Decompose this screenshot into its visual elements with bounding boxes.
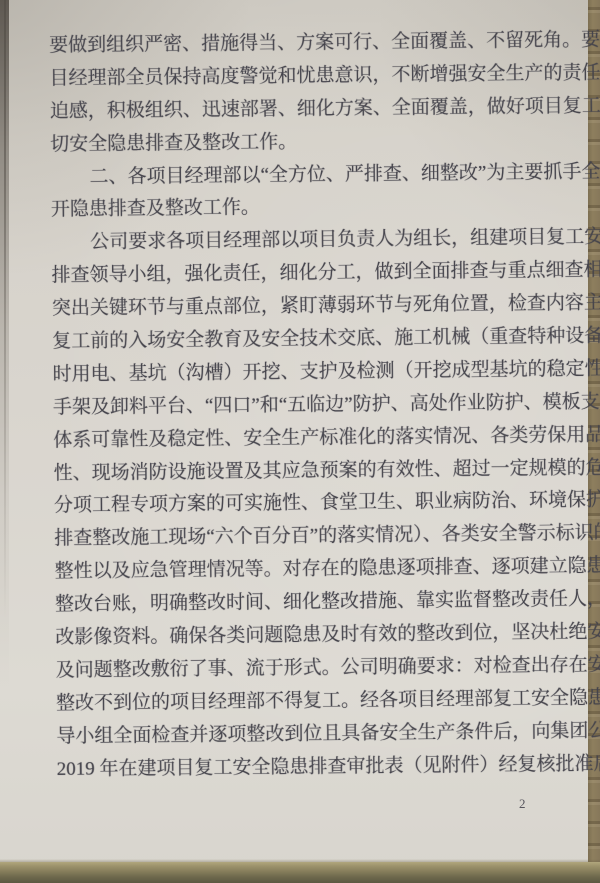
document-line: 体系可靠性及稳定性、安全生产标准化的落实情况、各类劳保用品的有效 <box>53 419 566 457</box>
document-line: 2019 年在建项目复工安全隐患排查审批表（见附件）经复核批准后方可复 <box>57 748 570 786</box>
document-line: 迫感，积极组织、迅速部署、细化方案、全面覆盖，做好项目复工前的一 <box>50 90 563 128</box>
document-line: 排查整改施工现场“六个百分百”的落实情况）、各类安全警示标识的完 <box>54 518 567 556</box>
document-line: 分项工程专项方案的可实施性、食堂卫生、职业病防治、环境保护（重点 <box>54 485 567 523</box>
document-line: 时用电、基坑（沟槽）开挖、支护及检测（开挖成型基坑的稳定性）、脚 <box>52 354 565 392</box>
document-line: 导小组全面检查并逐项整改到位且具备安全生产条件后，向集团公司报备 <box>56 715 569 753</box>
document-line: 整改台账，明确整改时间、细化整改措施、靠实监督整改责任人，留有整 <box>55 584 568 622</box>
document-line: 整性以及应急管理情况等。对存在的隐患逐项排查、逐项建立隐患记录及 <box>55 551 568 589</box>
desk-surface <box>0 862 600 883</box>
document-photo: 要做到组织严密、措施得当、方案可行、全面覆盖、不留死角。要求各项目经理部全员保持… <box>0 0 600 883</box>
document-line: 性、现场消防设施设置及其应急预案的有效性、超过一定规模的危大分部 <box>53 452 566 490</box>
document-line: 要做到组织严密、措施得当、方案可行、全面覆盖、不留死角。要求各项 <box>49 25 562 63</box>
document-line: 开隐患排查及整改工作。 <box>51 189 564 227</box>
document-line: 手架及卸料平台、“四口”和“五临边”防护、高处作业防护、模板支撑 <box>53 386 566 424</box>
document-body: 要做到组织严密、措施得当、方案可行、全面覆盖、不留死角。要求各项目经理部全员保持… <box>49 25 570 787</box>
document-line: 突出关键环节与重点部位，紧盯薄弱环节与死角位置，检查内容主要包括： <box>52 288 565 326</box>
document-line: 整改不到位的项目经理部不得复工。经各项目经理部复工安全隐患排查领 <box>56 682 569 720</box>
paper-left-edge-line <box>4 0 6 618</box>
document-line: 排查领导小组，强化责任，细化分工，做到全面排查与重点细查相结合， <box>51 255 564 293</box>
document-line: 及问题整改敷衍了事、流于形式。公司明确要求：对检查出存在安全隐患 <box>56 650 569 688</box>
page-number: 2 <box>519 796 526 812</box>
document-line: 目经理部全员保持高度警觉和忧患意识，不断增强安全生产的责任感和紧 <box>49 58 562 96</box>
document-line: 切安全隐患排查及整改工作。 <box>50 123 563 161</box>
document-line: 二、各项目经理部以“全方位、严排查、细整改”为主要抓手全面展 <box>50 156 563 194</box>
document-line: 复工前的入场安全教育及安全技术交底、施工机械（重查特种设备）、临 <box>52 321 565 359</box>
document-line: 公司要求各项目经理部以项目负责人为组长，组建项目复工安全隐患 <box>51 222 564 260</box>
document-line: 改影像资料。确保各类问题隐患及时有效的整改到位，坚决杜绝安全检查 <box>55 617 568 655</box>
